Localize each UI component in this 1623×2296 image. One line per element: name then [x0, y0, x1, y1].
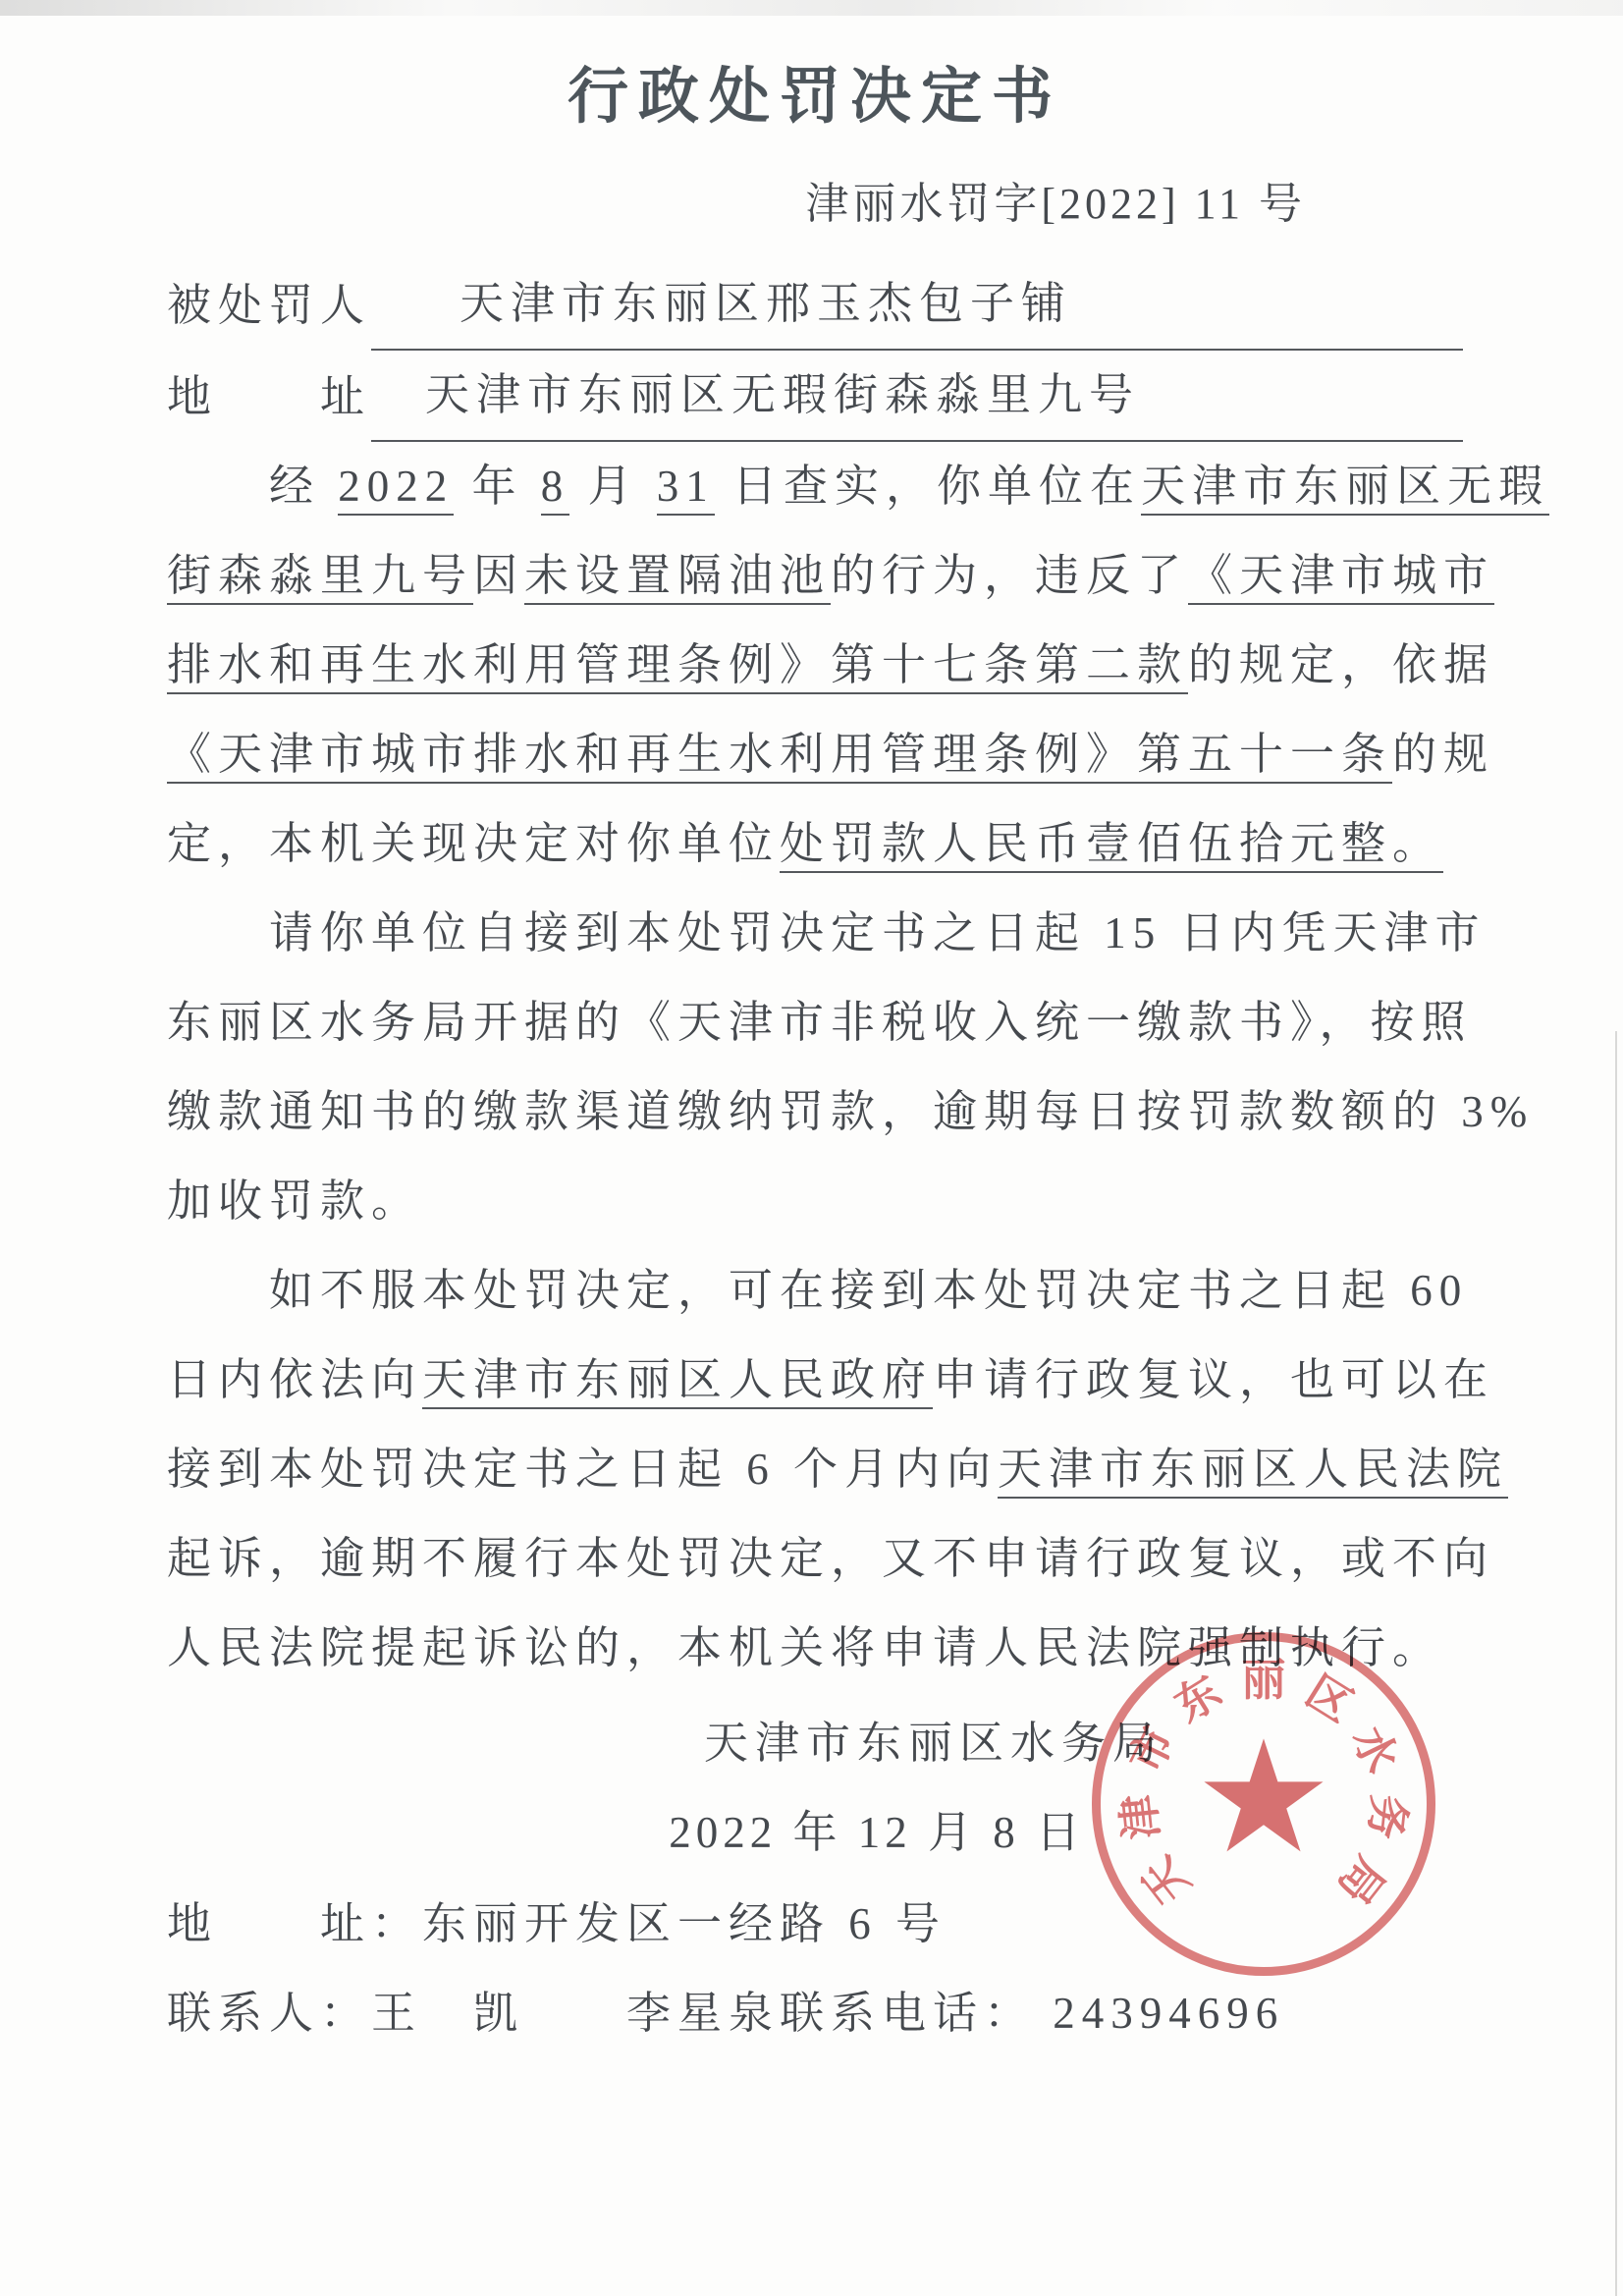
footer-address-label: 地 址： — [167, 1880, 422, 1969]
footer-contact-row: 联系人： 王 凯 李星泉 联系电话： 24394696 — [167, 1969, 1463, 2058]
text-line: 排水和再生水利用管理条例》第十七条第二款的规定，依据 — [167, 621, 1463, 710]
underlined-text: 排水和再生水利用管理条例》第十七条第二款 — [167, 640, 1188, 694]
underlined-text: 8 — [541, 462, 570, 516]
underlined-text: 《天津市城市排水和再生水利用管理条例》第五十一条 — [167, 730, 1392, 784]
underlined-text: 天津市东丽区人民法院 — [998, 1445, 1508, 1499]
text-line: 《天津市城市排水和再生水利用管理条例》第五十一条的规 — [167, 710, 1463, 799]
field-label: 被处罚人 — [167, 261, 371, 351]
underlined-text: 31 — [657, 462, 715, 516]
underlined-text: 天津市东丽区无瑕 — [1141, 462, 1549, 516]
plain-text: 的规定，依据 — [1188, 640, 1494, 689]
underlined-text: 未设置隔油池 — [524, 551, 831, 605]
plain-text: 经 — [167, 462, 338, 511]
document-page: 行政处罚决定书 津丽水罚字[2022] 11 号 被处罚人天津市东丽区邢玉杰包子… — [0, 0, 1623, 2296]
field-line: 被处罚人天津市东丽区邢玉杰包子铺 — [167, 259, 1463, 351]
field-value: 天津市东丽区邢玉杰包子铺 — [371, 259, 1463, 351]
plain-text: 的规 — [1392, 730, 1494, 779]
plain-text: 接到本处罚决定书之日起 6 个月内向 — [167, 1445, 998, 1494]
text-line: 缴款通知书的缴款渠道缴纳罚款，逾期每日按罚款数额的 3% — [167, 1067, 1463, 1157]
seal-ring-char: 市 — [1121, 1719, 1184, 1781]
scan-artifact-top — [0, 0, 1623, 16]
underlined-text: 街森淼里九号 — [167, 551, 473, 605]
plain-text: 定，本机关现决定对你单位 — [167, 819, 780, 868]
plain-text: 日内依法向 — [167, 1355, 422, 1404]
text-line: 日内依法向天津市东丽区人民政府申请行政复议，也可以在 — [167, 1336, 1463, 1425]
plain-text: 加收罚款。 — [167, 1176, 422, 1226]
plain-text: 年 — [454, 462, 541, 511]
seal-ring-char: 丽 — [1240, 1657, 1287, 1704]
plain-text: 请你单位自接到本处罚决定书之日起 15 日内凭天津市 — [167, 908, 1487, 957]
plain-text: 日查实，你单位在 — [715, 462, 1141, 511]
footer-phone-label: 联系电话： — [780, 1989, 1035, 2038]
plain-text: 如不服本处罚决定，可在接到本处罚决定书之日起 60 — [167, 1266, 1468, 1315]
underlined-text: 天津市东丽区人民政府 — [422, 1355, 933, 1409]
field-lines: 被处罚人天津市东丽区邢玉杰包子铺地 址天津市东丽区无瑕街森淼里九号 — [167, 259, 1463, 442]
plain-text: 的行为，违反了 — [831, 551, 1188, 600]
text-line: 定，本机关现决定对你单位处罚款人民币壹佰伍拾元整。 — [167, 799, 1463, 889]
doc-number: 津丽水罚字[2022] 11 号 — [167, 175, 1463, 234]
text-line: 街森淼里九号因未设置隔油池的行为，违反了《天津市城市 — [167, 531, 1463, 621]
text-line: 经 2022 年 8 月 31 日查实，你单位在天津市东丽区无瑕 — [167, 442, 1463, 531]
field-label: 地 址 — [167, 353, 371, 442]
text-line: 如不服本处罚决定，可在接到本处罚决定书之日起 60 — [167, 1246, 1463, 1336]
underlined-text: 处罚款人民币壹佰伍拾元整。 — [780, 819, 1443, 873]
underlined-text: 2022 — [338, 462, 454, 516]
plain-text: 申请行政复议，也可以在 — [933, 1355, 1494, 1404]
plain-text: 起诉，逾期不履行本处罚决定，又不申请行政复议，或不向 — [167, 1534, 1494, 1583]
seal-ring-char: 天 — [1133, 1847, 1199, 1913]
body-lines: 经 2022 年 8 月 31 日查实，你单位在天津市东丽区无瑕街森淼里九号因未… — [167, 442, 1463, 1693]
official-seal: 天津市东丽区水务局 ★ — [1092, 1632, 1435, 1976]
star-icon: ★ — [1194, 1721, 1333, 1876]
footer-phone: 联系电话： 24394696 — [780, 1969, 1284, 2058]
plain-text: 月 — [569, 462, 657, 511]
text-line: 东丽区水务局开据的《天津市非税收入统一缴款书》，按照 — [167, 978, 1463, 1067]
text-line: 请你单位自接到本处罚决定书之日起 15 日内凭天津市 — [167, 889, 1463, 978]
plain-text: 缴款通知书的缴款渠道缴纳罚款，逾期每日按罚款数额的 3% — [167, 1087, 1534, 1136]
footer-phone-number: 24394696 — [1053, 1989, 1284, 2038]
plain-text: 东丽区水务局开据的《天津市非税收入统一缴款书》，按照 — [167, 998, 1473, 1047]
plain-text: 因 — [473, 551, 524, 600]
footer-contact-label: 联系人： — [167, 1969, 371, 2058]
text-line: 加收罚款。 — [167, 1157, 1463, 1246]
seal-ring-char: 水 — [1343, 1719, 1406, 1781]
seal-ring-char: 津 — [1114, 1791, 1166, 1843]
field-value: 天津市东丽区无瑕街森淼里九号 — [371, 351, 1463, 442]
footer-address-value: 东丽开发区一经路 6 号 — [422, 1880, 947, 1969]
page-title: 行政处罚决定书 — [167, 57, 1463, 137]
field-line: 地 址天津市东丽区无瑕街森淼里九号 — [167, 351, 1463, 442]
seal-ring-char: 务 — [1361, 1791, 1413, 1843]
text-line: 接到本处罚决定书之日起 6 个月内向天津市东丽区人民法院 — [167, 1425, 1463, 1514]
underlined-text: 《天津市城市 — [1188, 551, 1494, 605]
footer-contact-names: 王 凯 李星泉 — [371, 1969, 780, 2058]
seal-ring-char: 局 — [1328, 1847, 1394, 1913]
text-line: 起诉，逾期不履行本处罚决定，又不申请行政复议，或不向 — [167, 1514, 1463, 1604]
